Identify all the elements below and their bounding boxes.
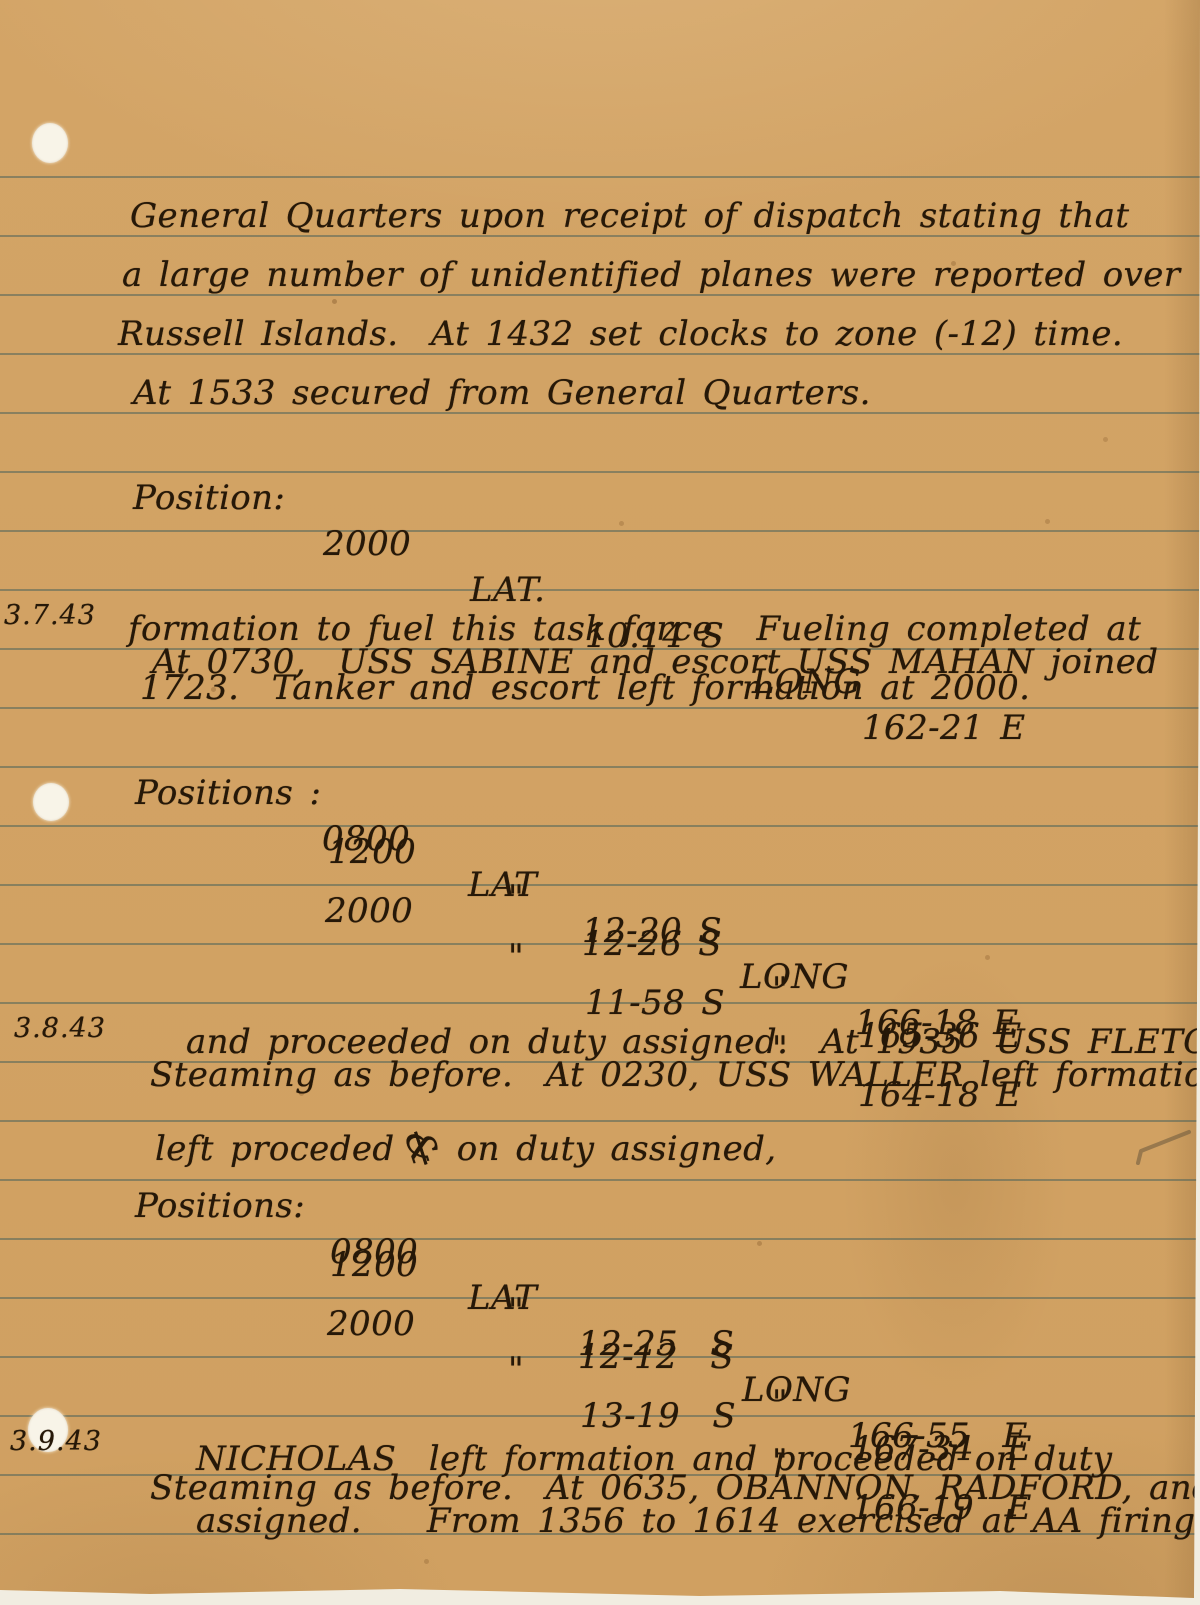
handwriting-text: assigned. From 1356 to 1614 exercised at… [196, 1498, 1195, 1544]
entry2-position-row2: 1200 " 12-26 S " 165-36 E [0, 783, 1200, 833]
entry4-line1: 3.9.43 Steaming as before. At 0635, OBAN… [0, 1373, 1200, 1423]
entry1-line1: General Quarters upon receipt of dispatc… [0, 193, 1200, 243]
entry4-line3: assigned. From 1356 to 1614 exercised at… [0, 1498, 1200, 1548]
entry2-line3: 1723. Tanker and escort left formation a… [0, 665, 1200, 715]
paper-sheet: General Quarters upon receipt of dispatc… [0, 0, 1200, 1605]
entry2-position-row3: 2000 " 11-58 S " 164-18 E [0, 842, 1200, 892]
punch-hole-top [32, 123, 68, 163]
entry1-line2: a large number of unidentified planes we… [0, 252, 1200, 302]
handwriting-text: 1723. Tanker and escort left formation a… [140, 665, 1030, 711]
handwriting-text: formation to fuel this task force. Fueli… [128, 606, 1141, 652]
entry3-position-row2: 1200 " 12-12 S " 167-34 E [0, 1196, 1200, 1246]
handwriting-text: and proceeded on duty assigned. At 1935 … [186, 1019, 1200, 1065]
entry3-line2: and proceeded on duty assigned. At 1935 … [0, 1019, 1200, 1069]
handwriting-text: a large number of unidentified planes we… [122, 252, 1180, 298]
entry1-line4: At 1533 secured from General Quarters. [0, 370, 1200, 420]
entry4-line2: NICHOLAS left formation and proceeded on… [0, 1436, 1200, 1486]
entry3-position-row3: 2000 " 13-19 S " 166-19 E [0, 1255, 1200, 1305]
entry2-line2: formation to fuel this task force. Fueli… [0, 606, 1200, 656]
paper-specks [0, 0, 3, 3]
entry1-position-row: Position: 2000 LAT. 10.14 S LONG 162-21 … [0, 429, 1200, 479]
entry3-line1: 3.8.43 Steaming as before. At 0230, USS … [0, 960, 1200, 1010]
scanned-logbook-page: General Quarters upon receipt of dispatc… [0, 0, 1200, 1605]
handwriting-text: Russell Islands. At 1432 set clocks to z… [118, 311, 1123, 357]
pencil-check-mark [1085, 1118, 1200, 1170]
position-label: Position: [133, 475, 285, 521]
position-time: 2000 [327, 1301, 415, 1347]
entry3-line3: left proceded&on duty assigned, [0, 1078, 1200, 1128]
position-time: 2000 [325, 888, 413, 934]
entry3-position-row1: Positions: 0800 LAT 12-25 S LONG 166-55 … [0, 1137, 1200, 1187]
entry2-position-row1: Positions : 0800 LAT 12-20 S LONG 166-18… [0, 724, 1200, 774]
handwriting-text: NICHOLAS left formation and proceeded on… [196, 1436, 1112, 1482]
handwriting-text: At 1533 secured from General Quarters. [133, 370, 871, 416]
handwriting-text: General Quarters upon receipt of dispatc… [130, 193, 1129, 239]
entry1-line3: Russell Islands. At 1432 set clocks to z… [0, 311, 1200, 361]
entry2-line1: 3.7.43 At 0730, USS SABINE and escort US… [0, 547, 1200, 597]
